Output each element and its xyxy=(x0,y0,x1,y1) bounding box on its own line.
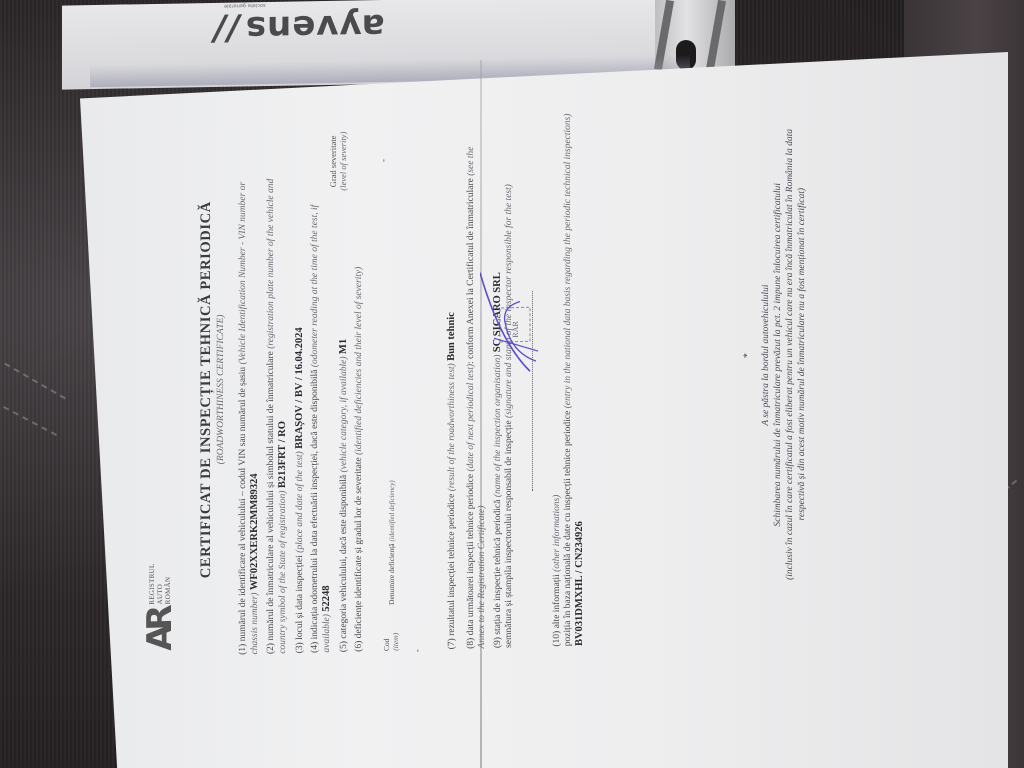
deficiency-col-code: Cod (item) xyxy=(382,611,400,651)
ayvens-mark-icon: // xyxy=(212,8,239,48)
vin-value: WF02XXERK2MM89324 xyxy=(249,473,260,590)
place-date-value: BRAȘOV / BV / 16.04.2024 xyxy=(294,327,305,449)
logo-line: ROMÂN xyxy=(164,563,172,604)
field-label: (5) categoria vehiculului, dacă este dis… xyxy=(339,475,349,653)
col-header: Denumire deficiență xyxy=(387,543,396,605)
rar-logo: AR REGISTRUL AUTO ROMÂN xyxy=(140,563,180,652)
footer-line: (inclusiv în cazul în care certificatul … xyxy=(784,54,796,654)
col-header-en: (level of severity) xyxy=(338,132,348,191)
signature-stamp-icon: RAR xyxy=(480,261,540,383)
registration-value: B213FRT / RO xyxy=(277,421,288,488)
field-label: (10) alte informații xyxy=(552,574,562,647)
field-station: (9) stația de inspecție tehnică periodic… xyxy=(492,128,515,649)
field-next-test: (8) data următoarei inspecții tehnice pe… xyxy=(466,128,488,649)
footer-line: A se păstra la bordul autovehiculului xyxy=(760,55,772,655)
footer-asterisk: * xyxy=(742,55,753,655)
category-value: M1 xyxy=(338,339,349,354)
field-label: semnătura și ștampila inspectorului resp… xyxy=(504,420,514,648)
col-header-en: (item) xyxy=(391,633,400,651)
field-place-date: (3) locul și data inspecției (place and … xyxy=(294,173,306,653)
field-result: (7) rezultatul inspecției tehnice period… xyxy=(446,169,458,649)
logo-line: AUTO xyxy=(156,563,164,604)
col-header: Cod xyxy=(382,611,391,651)
footer-line: Schimbarea numărului de înmatriculare pr… xyxy=(772,55,784,655)
field-label-en: (identified deficiencies and their level… xyxy=(354,266,364,455)
rar-logo-text: REGISTRUL AUTO ROMÂN xyxy=(148,563,172,605)
rar-logo-icon: AR xyxy=(140,610,180,652)
deficiency-col-severity: Grad severitate (level of severity) xyxy=(328,131,348,192)
certificate-subtitle: (ROADWORTHINESS CERTIFICATE) xyxy=(216,109,226,669)
field-label-en: (result of the roadworthiness test) xyxy=(447,363,457,491)
field-label: (7) rezultatul inspecției tehnice period… xyxy=(447,494,457,650)
field-deficiencies: (6) deficiențe identificate și gradul lo… xyxy=(354,172,365,652)
field-label-en: (entry in the national data basis regard… xyxy=(563,113,573,408)
field-label: poziția în baza națională de date cu ins… xyxy=(563,411,573,647)
footer-line: respectivă și din acest motiv numărul de… xyxy=(796,54,808,654)
field-other-info: (10) alte informații (other informations… xyxy=(552,106,586,647)
field-label: (9) stația de inspecție tehnică periodic… xyxy=(493,499,503,648)
code-value: - xyxy=(412,649,422,652)
field-label-en: (date of next periodical test) xyxy=(466,364,476,472)
certificate-footer: A se păstra la bordul autovehiculului Sc… xyxy=(760,54,808,655)
field-registration: (2) numărul de înmatriculare al vehiculu… xyxy=(266,174,289,655)
field-label-en: (other informations) xyxy=(552,494,562,572)
field-label: (1) numărul de identificare al vehiculul… xyxy=(238,367,248,655)
field-label: (8) data următoarei inspecții tehnice pe… xyxy=(466,474,476,649)
deficiency-col-name: Denumire deficiență (identified deficien… xyxy=(386,305,398,605)
field-label-en: (vehicle category, if available) xyxy=(339,356,349,472)
svg-text:RAR: RAR xyxy=(511,320,520,337)
ayvens-logo: ayvens// xyxy=(212,6,385,49)
severity-value: - xyxy=(378,159,388,162)
result-value: Bun tehnic xyxy=(446,312,457,361)
brand-subtitle: societe generale xyxy=(224,2,266,9)
database-entry-value: BV031DMXHL / CN234926 xyxy=(574,521,585,646)
field-odometer: (4) indicația odometrului la data efectu… xyxy=(310,172,333,653)
certificate-title: CERTIFICAT DE INSPECȚIE TEHNICĂ PERIODIC… xyxy=(198,110,215,670)
field-category: (5) categoria vehiculului, dacă este dis… xyxy=(338,172,350,652)
odometer-value: 52248 xyxy=(321,585,332,612)
field-label: (4) indicația odometrului la data efectu… xyxy=(310,369,320,653)
logo-line: REGISTRUL xyxy=(148,563,156,604)
field-label: (3) locul și data inspecției xyxy=(295,555,305,653)
field-label: (6) deficiențe identificate și gradul lo… xyxy=(354,457,364,652)
col-header-en: (identified deficiency) xyxy=(388,480,396,541)
col-header: Grad severitate xyxy=(328,131,338,191)
field-vin: (1) numărul de identificare al vehiculul… xyxy=(238,174,261,655)
brand-name: ayvens xyxy=(245,6,385,48)
roadworthiness-certificate: AR REGISTRUL AUTO ROMÂN CERTIFICAT DE IN… xyxy=(120,52,880,672)
next-test-value: : conform Anexei la Certificatul de înma… xyxy=(466,178,476,364)
field-label: (2) numărul de înmatriculare al vehiculu… xyxy=(266,351,276,654)
field-label-en: (place and date of the test) xyxy=(295,451,305,553)
